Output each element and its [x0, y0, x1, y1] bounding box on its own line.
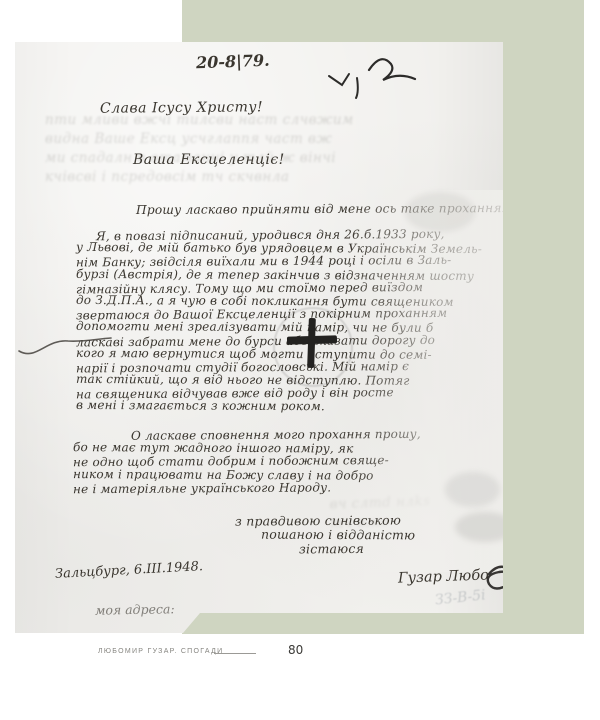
place-date: Зальцбург, 6.ІІІ.1948.	[55, 559, 204, 582]
closing-line: зістаюся	[299, 541, 415, 556]
margin-stroke-icon	[18, 334, 113, 362]
scanned-letter: пти мливи вжчі тилсви наст слчвжим видна…	[15, 42, 503, 633]
closing-block: з правдивою синівською пошаною і віддані…	[235, 513, 415, 555]
paper-smudge	[455, 512, 503, 542]
letter-line: в мені і змагається з кожним роком.	[76, 398, 482, 413]
address-note: моя адреса:	[95, 601, 175, 617]
bleedthrough-line: кчівсві і псредовсім тч скчвнла	[45, 169, 354, 188]
closing-line: з правдивою синівською	[235, 512, 415, 527]
bleedthrough-text: пти мливи вжчі тилсви наст слчвжим видна…	[45, 112, 354, 188]
footer-book-title: ЛЮБОМИР ГУЗАР. СПОГАДИ	[98, 648, 223, 655]
letter-paragraph-2: О ласкаве сповнення мого прохання прошу,…	[73, 428, 421, 494]
bleedthrough-line: видна Ваше Ексц усчглannя част вж	[45, 131, 354, 150]
closing-line: пошаною і відданістю	[261, 527, 415, 542]
archive-mark: ЗЗ-В-5і	[434, 587, 486, 608]
letter-paragraph-1: Я, в повазі підписаний, уродився дня 26.…	[76, 228, 482, 413]
archival-date: 20-8|79.	[196, 51, 270, 73]
book-page: пти мливи вжчі тилсви наст слчвжим видна…	[0, 0, 600, 720]
paraph-flourish-icon	[327, 48, 422, 98]
letter-line: не і матеріяльне українського Народу.	[73, 480, 421, 496]
greeting-excellency: Ваша Ексцеленціє!	[133, 152, 285, 168]
footer-rule	[214, 653, 256, 654]
footer-page-number: 80	[288, 643, 303, 657]
inked-cross-icon	[287, 335, 337, 344]
signature: Гузар Любо	[398, 567, 489, 586]
paper-smudge	[445, 472, 500, 507]
greeting-glory: Слава Ісусу Христу!	[100, 99, 263, 116]
paper-smudge	[405, 192, 475, 232]
